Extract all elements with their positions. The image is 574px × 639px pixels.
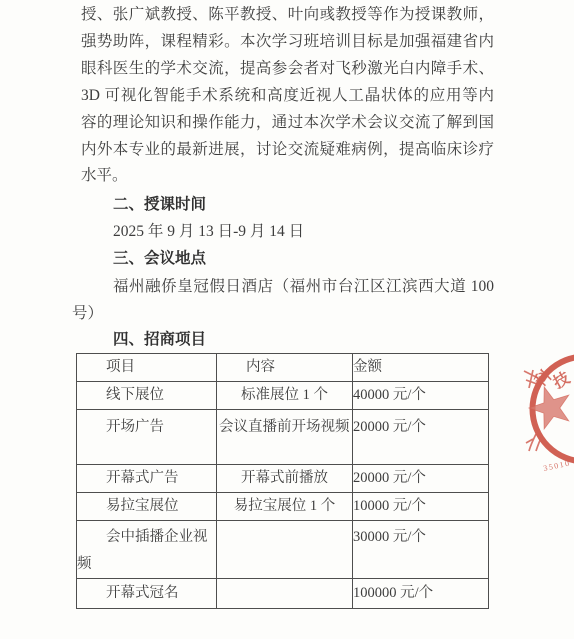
table-cell-item: 开场广告 <box>77 410 217 465</box>
venue-line-2: 号） <box>72 300 485 327</box>
table-row: 会中插播企业视频 30000 元/个 <box>77 521 489 579</box>
table-cell-content: 会议直播前开场视频 <box>217 410 353 465</box>
paragraph-line: 容的理论知识和操作能力，通过本次学术会议交流了解到国 <box>81 110 494 137</box>
table-row: 易拉宝展位 易拉宝展位 1 个 10000 元/个 <box>77 493 489 521</box>
table-cell-content <box>217 521 353 579</box>
table-cell-item: 易拉宝展位 <box>77 493 217 521</box>
table-header-amount: 金额 <box>353 354 489 382</box>
table-cell-content: 开幕式前播放 <box>217 465 353 493</box>
table-cell-item: 开幕式冠名 <box>77 579 217 609</box>
table-cell-amount: 40000 元/个 <box>353 382 489 410</box>
sponsorship-table: 项目 内容 金额 线下展位 标准展位 1 个 40000 元/个 开场广告 会议… <box>76 353 489 609</box>
table-cell-amount: 20000 元/个 <box>353 465 489 493</box>
paragraph-line: 水平。 <box>81 163 494 190</box>
section-heading-venue: 三、会议地点 <box>81 245 494 272</box>
table-cell-item: 会中插播企业视频 <box>77 521 217 579</box>
intro-paragraph: 授、张广斌教授、陈平教授、叶向彧教授等作为授课教师， 强势助阵，课程精彩。本次学… <box>81 2 494 190</box>
table-header-item: 项目 <box>77 354 217 382</box>
table-row: 开幕式冠名 100000 元/个 <box>77 579 489 609</box>
table-header-row: 项目 内容 金额 <box>77 354 489 382</box>
table-cell-amount: 100000 元/个 <box>353 579 489 609</box>
table-cell-amount: 10000 元/个 <box>353 493 489 521</box>
table-header-content: 内容 <box>217 354 353 382</box>
section-heading-sponsorship: 四、招商项目 <box>81 326 494 353</box>
table-row: 开幕式广告 开幕式前播放 20000 元/个 <box>77 465 489 493</box>
table-cell-content: 标准展位 1 个 <box>217 382 353 410</box>
table-cell-item: 线下展位 <box>77 382 217 410</box>
table-cell-amount: 30000 元/个 <box>353 521 489 579</box>
table-row: 线下展位 标准展位 1 个 40000 元/个 <box>77 382 489 410</box>
table-cell-item: 开幕式广告 <box>77 465 217 493</box>
section-heading-teaching-time: 二、授课时间 <box>81 191 494 218</box>
paragraph-line: 3D 可视化智能手术系统和高度近视人工晶状体的应用等内 <box>81 83 494 110</box>
seal-serial-digits: 35010 <box>543 458 572 473</box>
paragraph-line: 强势助阵，课程精彩。本次学习班培训目标是加强福建省内 <box>81 29 494 56</box>
seal-arc-character: 技 <box>549 369 573 393</box>
table-cell-amount: 20000 元/个 <box>353 410 489 465</box>
teaching-date: 2025 年 9 月 13 日-9 月 14 日 <box>81 218 494 245</box>
paragraph-line: 内外本专业的最新进展，讨论交流疑难病例，提高临床诊疗 <box>81 137 494 164</box>
table-cell-content <box>217 579 353 609</box>
venue-line-1: 福州融侨皇冠假日酒店（福州市台江区江滨西大道 100 <box>81 273 494 300</box>
table-cell-content: 易拉宝展位 1 个 <box>217 493 353 521</box>
official-seal-icon: 科 技 35010 <box>505 338 574 482</box>
table-row: 开场广告 会议直播前开场视频 20000 元/个 <box>77 410 489 465</box>
document-page: 授、张广斌教授、陈平教授、叶向彧教授等作为授课教师， 强势助阵，课程精彩。本次学… <box>0 0 574 639</box>
paragraph-line: 眼科医生的学术交流，提高参会者对飞秒激光白内障手术、 <box>81 56 494 83</box>
paragraph-line: 授、张广斌教授、陈平教授、叶向彧教授等作为授课教师， <box>81 2 494 29</box>
